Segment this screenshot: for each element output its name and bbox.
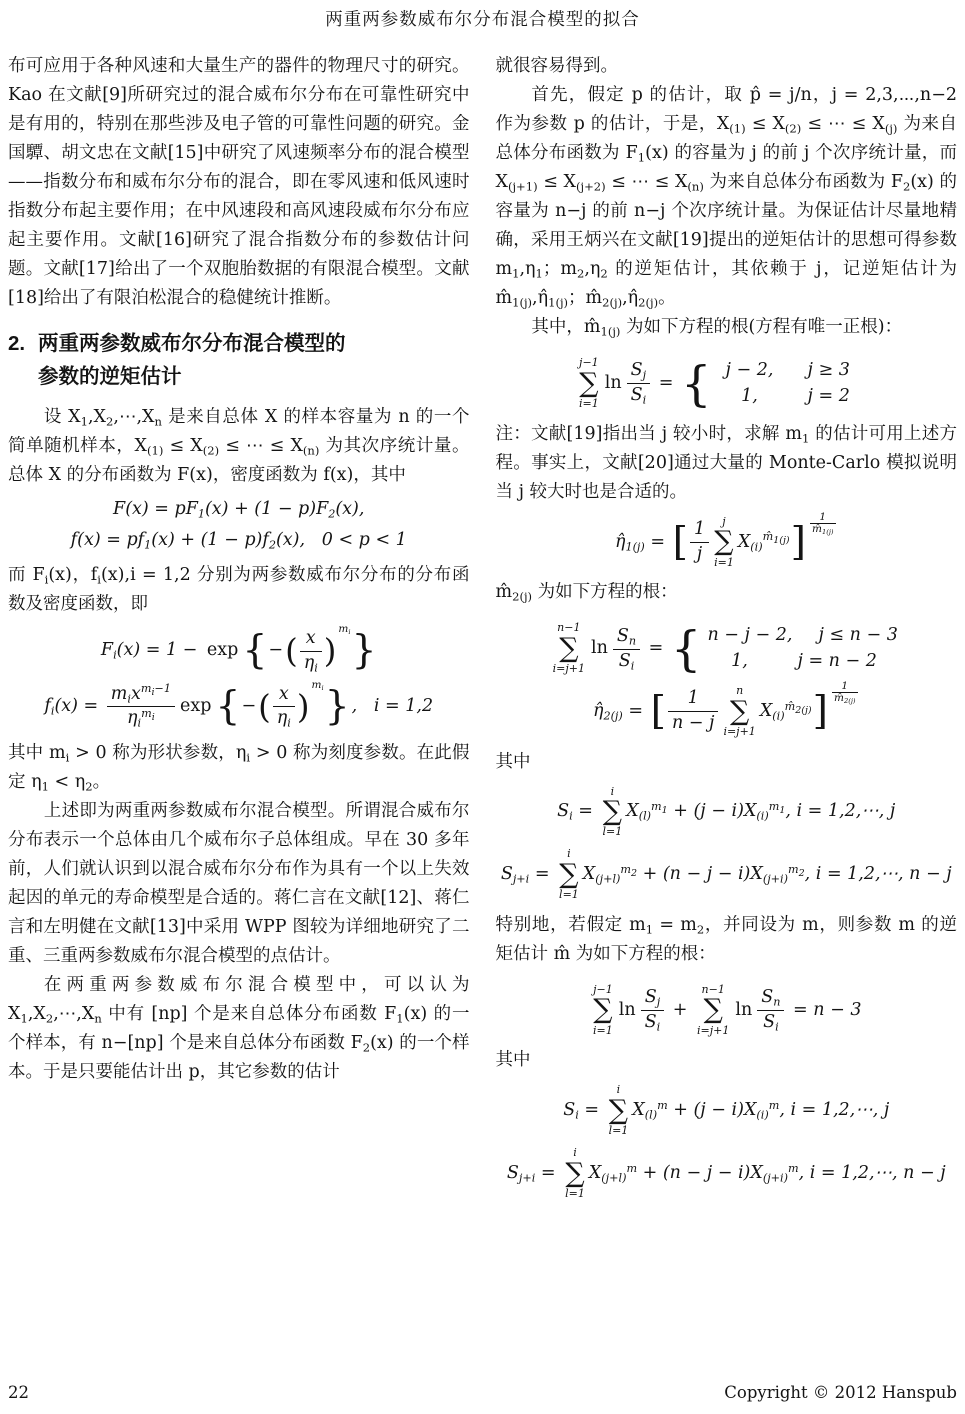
paragraph-note: 注：文献[19]指出当 j 较小时，求解 m1 的估计可用上述方程。事实上，文献… [496,420,958,507]
section-title-line2: 参数的逆矩估计 [38,365,182,388]
paragraph-where-1: 其中 [496,748,958,777]
equation-eta2-estimate: η̂2(j) = [1n − jn∑i=j+1X(i)m̂2(j)]1m̂2(j… [496,685,958,739]
equation-Si-definition: Si = i∑l=1X(l)m1 + (j − i)X(i)m1, i = 1,… [496,786,958,840]
paragraph-intro-continued: 布可应用于各种风速和大量生产的器件的物理尺寸的研究。Kao 在文献[9]所研究过… [8,52,470,313]
equation-mixture-cdf: F(x) = pF1(x) + (1 − p)F2(x), [8,499,470,521]
section-number: 2. [8,327,38,393]
paragraph-m1-root-intro: 其中，m̂1(j) 为如下方程的根(方程有唯一正根)： [496,313,958,342]
equation-eta1-estimate: η̂1(j) = [1jj∑i=1X(i)m̂1(j)]1m̂1(j) [496,516,958,570]
copyright: Copyright © 2012 Hanspub [724,1383,957,1402]
equation-m1-root: j−1∑i=1lnSjSi = {j − 2,j ≥ 31,j = 2 [496,351,958,411]
left-column: 布可应用于各种风速和大量生产的器件的物理尺寸的研究。Kao 在文献[9]所研究过… [8,52,470,1210]
paragraph-weibull-components: 而 Fi(x)，fi(x),i = 1,2 分别为两参数威布尔分布的分布函数及密… [8,561,470,619]
paragraph-where-2: 其中 [496,1046,958,1075]
equation-mixture-pdf: f(x) = pf1(x) + (1 − p)f2(x), 0 < p < 1 [8,530,470,552]
paper-title: 两重两参数威布尔分布混合模型的拟合 [325,10,640,30]
equation-Sji-definition: Sj+i = i∑l=1X(j+l)m2 + (n − j − i)X(j+i)… [496,848,958,902]
right-column: 就很容易得到。 首先，假定 p 的估计，取 p̂ = j/n，j = 2,3,⋯… [496,52,958,1210]
equation-m2-root: n−1∑i=j+1lnSnSi = {n − j − 2,j ≤ n − 31,… [496,616,958,676]
equation-Si-common-m: Si = i∑l=1X(l)m + (j − i)X(i)m, i = 1,2,… [496,1084,958,1138]
paragraph-sample-setup: 设 X1,X2,⋯,Xn 是来自总体 X 的样本容量为 n 的一个简单随机样本，… [8,403,470,490]
paragraph-parameter-names: 其中 mi > 0 称为形状参数，ηi > 0 称为刻度参数。在此假定 η1 <… [8,739,470,797]
equation-m-root: j−1∑i=1lnSjSi + n−1∑i=j+1lnSnSi = n − 3 [496,978,958,1038]
page-footer: 22 Copyright © 2012 Hanspub [8,1383,957,1402]
paper-page: 两重两参数威布尔分布混合模型的拟合 布可应用于各种风速和大量生产的器件的物理尺寸… [0,0,965,1414]
paragraph-sample-partition: 在两重两参数威布尔混合模型中，可以认为 X1,X2,⋯,Xn 中有 [np] 个… [8,971,470,1087]
page-number: 22 [8,1383,29,1402]
paragraph-p-estimate: 首先，假定 p 的估计，取 p̂ = j/n，j = 2,3,⋯,n−2 作为参… [496,81,958,313]
section-title: 两重两参数威布尔分布混合模型的参数的逆矩估计 [38,327,470,393]
section-heading: 2. 两重两参数威布尔分布混合模型的参数的逆矩估计 [8,327,470,393]
paragraph-continued: 就很容易得到。 [496,52,958,81]
two-column-body: 布可应用于各种风速和大量生产的器件的物理尺寸的研究。Kao 在文献[9]所研究过… [0,52,965,1210]
paragraph-equal-shape-case: 特别地，若假定 m1 = m2，并同设为 m，则参数 m 的逆矩估计 m̂ 为如… [496,911,958,969]
equation-weibull-pdf: fi(x) = mixmi−1ηimiexp{−(xηi)mi}, i = 1,… [8,684,470,731]
running-header: 两重两参数威布尔分布混合模型的拟合 [0,6,965,31]
section-title-line1: 两重两参数威布尔分布混合模型的 [38,332,346,355]
equation-weibull-cdf: Fi(x) = 1 − exp{−(xηi)mi} [8,628,470,675]
paragraph-model-background: 上述即为两重两参数威布尔混合模型。所谓混合威布尔分布表示一个总体由几个威布尔子总… [8,797,470,971]
paragraph-m2-root-intro: m̂2(j) 为如下方程的根： [496,578,958,607]
equation-Sji-common-m: Sj+i = i∑l=1X(j+l)m + (n − j − i)X(j+i)m… [496,1147,958,1201]
